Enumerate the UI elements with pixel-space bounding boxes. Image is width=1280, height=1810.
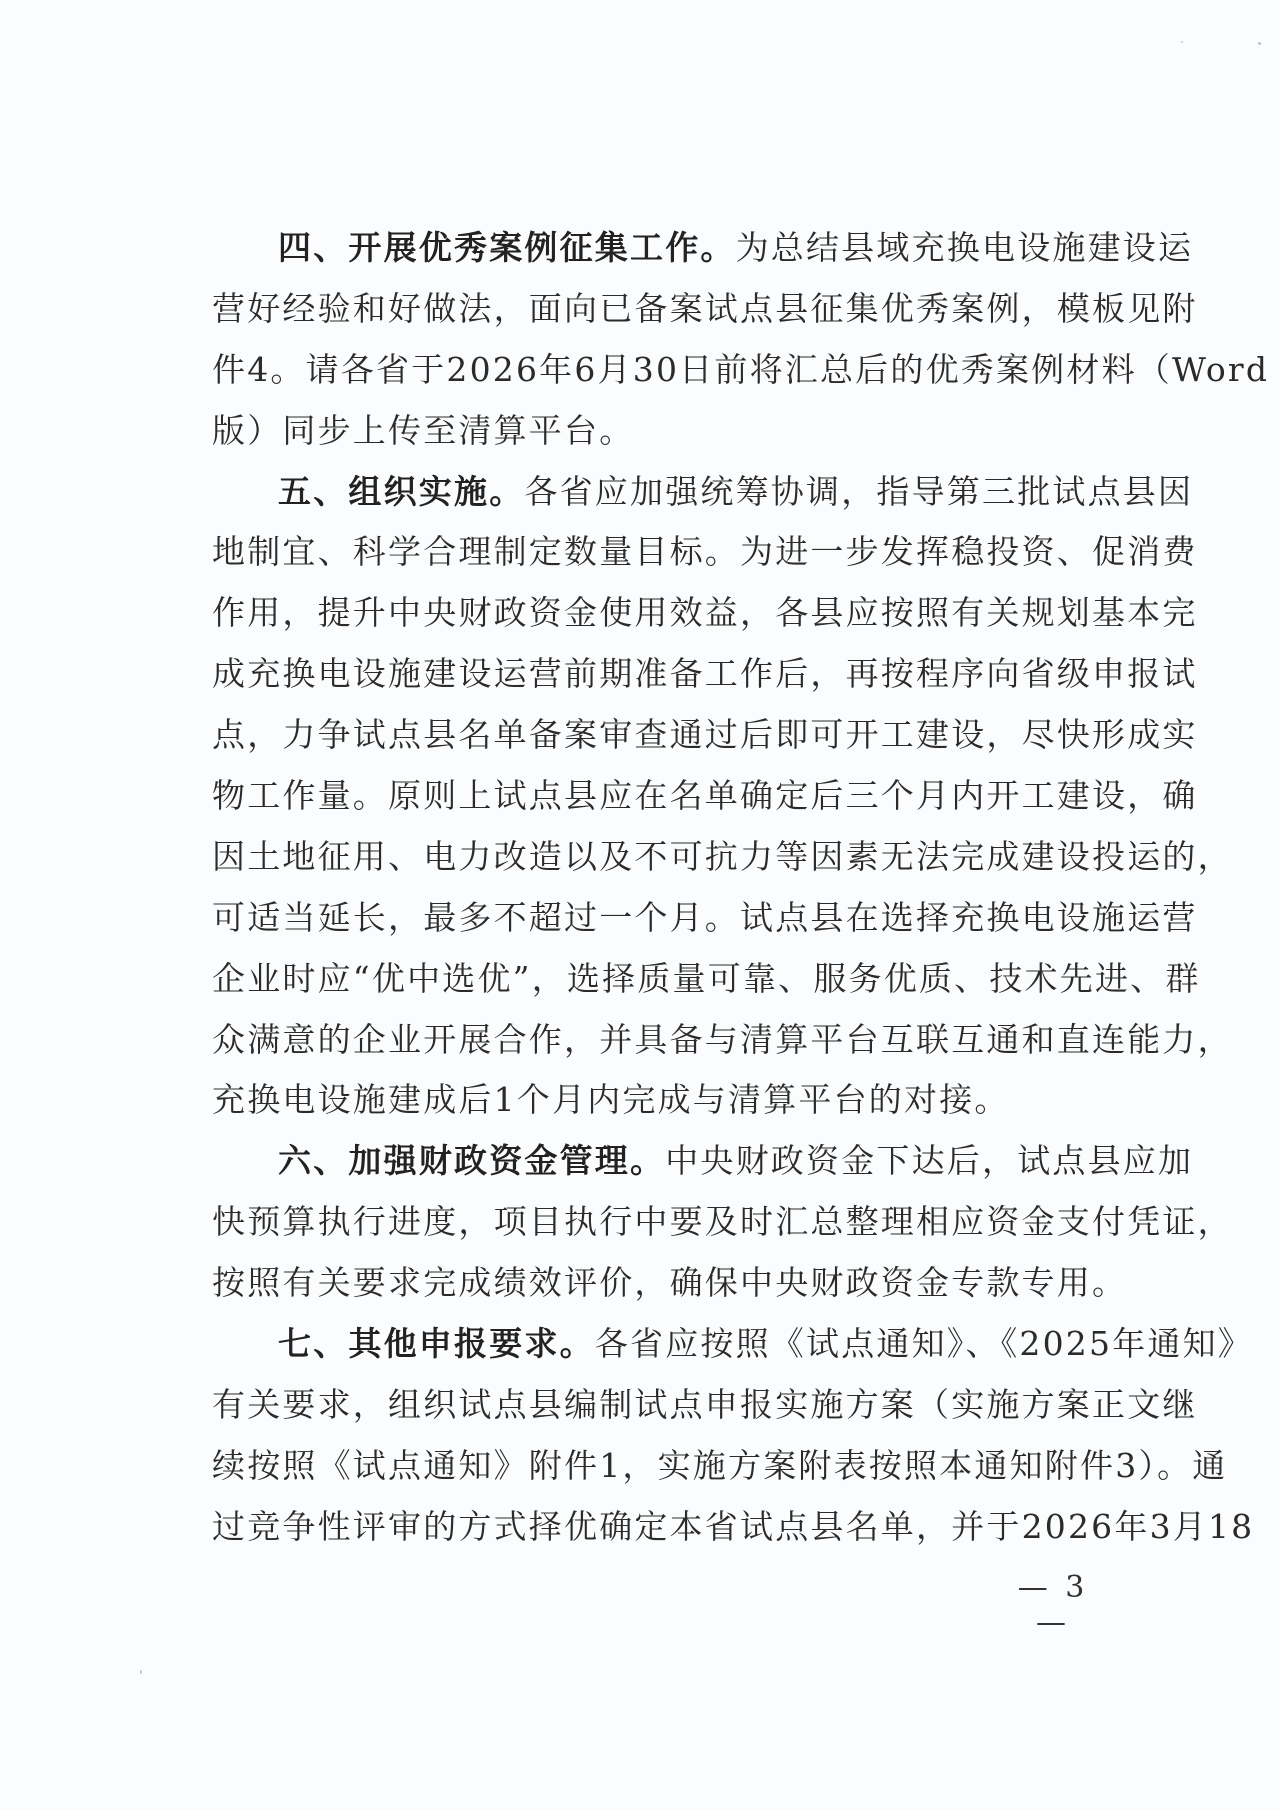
section-heading-4: 四、开展优秀案例征集工作。 (278, 228, 736, 267)
paragraph-5-line-11: 充换电设施建成后1个月内完成与清算平台的对接。 (212, 1070, 1137, 1131)
paragraph-5-line-9: 企业时应“优中选优”，选择质量可靠、服务优质、技术先进、群 (212, 949, 1137, 1010)
paragraph-5-line-1: 五、组织实施。各省应加强统筹协调，指导第三批试点县因 (212, 462, 1137, 523)
paragraph-4-line-1: 四、开展优秀案例征集工作。为总结县域充换电设施建设运 (212, 218, 1137, 279)
paragraph-6-line-3: 按照有关要求完成绩效评价，确保中央财政资金专款专用。 (212, 1253, 1137, 1314)
scan-speck (1258, 42, 1261, 45)
document-page: 四、开展优秀案例征集工作。为总结县域充换电设施建设运 营好经验和好做法，面向已备… (0, 0, 1280, 1810)
paragraph-5-line-8: 可适当延长，最多不超过一个月。试点县在选择充换电设施运营 (212, 888, 1137, 949)
section-heading-7: 七、其他申报要求。 (278, 1324, 595, 1363)
paragraph-4-line-2: 营好经验和好做法，面向已备案试点县征集优秀案例，模板见附 (212, 279, 1137, 340)
scan-speck (140, 1670, 142, 1674)
section-heading-5: 五、组织实施。 (278, 472, 524, 511)
paragraph-7-line-3: 续按照《试点通知》附件1，实施方案附表按照本通知附件3）。通 (212, 1436, 1137, 1497)
document-body: 四、开展优秀案例征集工作。为总结县域充换电设施建设运 营好经验和好做法，面向已备… (212, 218, 1137, 1558)
paragraph-5-line-5: 点，力争试点县名单备案审查通过后即可开工建设，尽快形成实 (212, 705, 1137, 766)
paragraph-text: 为总结县域充换电设施建设运 (736, 228, 1194, 267)
scan-speck (1181, 41, 1183, 43)
paragraph-text: 中央财政资金下达后，试点县应加 (665, 1141, 1193, 1180)
paragraph-6-line-2: 快预算执行进度，项目执行中要及时汇总整理相应资金支付凭证， (212, 1192, 1137, 1253)
paragraph-5-line-4: 成充换电设施建设运营前期准备工作后，再按程序向省级申报试 (212, 644, 1137, 705)
paragraph-5-line-6: 物工作量。原则上试点县应在名单确定后三个月内开工建设，确 (212, 766, 1137, 827)
page-number: — 3 — (1003, 1570, 1103, 1640)
paragraph-5-line-3: 作用，提升中央财政资金使用效益，各县应按照有关规划基本完 (212, 583, 1137, 644)
paragraph-7-line-1: 七、其他申报要求。各省应按照《试点通知》、《2025年通知》 (212, 1314, 1137, 1375)
paragraph-text: 各省应按照《试点通知》、《2025年通知》 (595, 1324, 1253, 1363)
paragraph-text: 各省应加强统筹协调，指导第三批试点县因 (524, 472, 1193, 511)
section-heading-6: 六、加强财政资金管理。 (278, 1141, 665, 1180)
paragraph-5-line-10: 众满意的企业开展合作，并具备与清算平台互联互通和直连能力， (212, 1010, 1137, 1071)
paragraph-4-line-4: 版）同步上传至清算平台。 (212, 401, 1137, 462)
paragraph-5-line-2: 地制宜、科学合理制定数量目标。为进一步发挥稳投资、促消费 (212, 522, 1137, 583)
paragraph-4-line-3: 件4。请各省于2026年6月30日前将汇总后的优秀案例材料（Word (212, 340, 1137, 401)
paragraph-5-line-7: 因土地征用、电力改造以及不可抗力等因素无法完成建设投运的， (212, 827, 1137, 888)
paragraph-7-line-4: 过竞争性评审的方式择优确定本省试点县名单，并于2026年3月18 (212, 1497, 1137, 1558)
paragraph-7-line-2: 有关要求，组织试点县编制试点申报实施方案（实施方案正文继 (212, 1375, 1137, 1436)
paragraph-6-line-1: 六、加强财政资金管理。中央财政资金下达后，试点县应加 (212, 1131, 1137, 1192)
